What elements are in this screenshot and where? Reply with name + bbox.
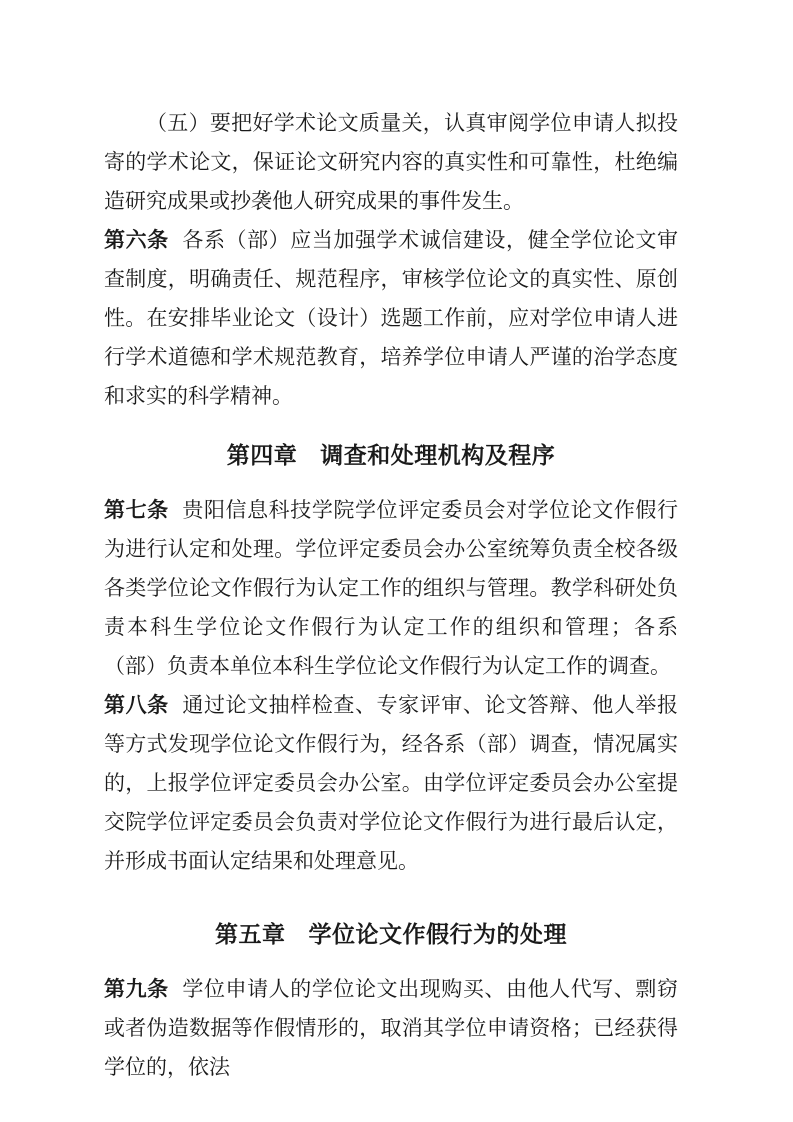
article-text: 学位申请人的学位论文出现购买、由他人代写、剽窃或者伪造数据等作假情形的，取消其学…: [104, 977, 678, 1079]
chapter-number: 第五章: [215, 922, 286, 947]
article-text: 贵阳信息科技学院学位评定委员会对学位论文作假行为进行认定和处理。学位评定委员会办…: [104, 498, 678, 678]
chapter-heading-5: 第五章学位论文作假行为的处理: [104, 915, 678, 954]
article-number-label: 第七条: [104, 498, 169, 522]
article-text: 各系（部）应当加强学术诚信建设，健全学位论文审查制度，明确责任、规范程序，审核学…: [104, 228, 678, 408]
chapter-heading-4: 第四章调查和处理机构及程序: [104, 436, 678, 475]
paragraph-article-7: 第七条贵阳信息科技学院学位评定委员会对学位论文作假行为进行认定和处理。学位评定委…: [104, 491, 678, 686]
paragraph-article-9: 第九条学位申请人的学位论文出现购买、由他人代写、剽窃或者伪造数据等作假情形的，取…: [104, 970, 678, 1087]
article-number-label: 第九条: [104, 977, 169, 1001]
chapter-title: 学位论文作假行为的处理: [309, 922, 568, 947]
document-page: （五）要把好学术论文质量关，认真审阅学位申请人拟投寄的学术论文，保证论文研究内容…: [0, 0, 793, 1122]
paragraph-text: （五）要把好学术论文质量关，认真审阅学位申请人拟投寄的学术论文，保证论文研究内容…: [104, 111, 678, 213]
article-text: 通过论文抽样检查、专家评审、论文答辩、他人举报等方式发现学位论文作假行为，经各系…: [104, 693, 678, 873]
chapter-title: 调查和处理机构及程序: [320, 443, 555, 468]
article-number-label: 第八条: [104, 693, 169, 717]
paragraph-article-6: 第六条各系（部）应当加强学术诚信建设，健全学位论文审查制度，明确责任、规范程序，…: [104, 221, 678, 416]
chapter-number: 第四章: [227, 443, 298, 468]
paragraph-article-8: 第八条通过论文抽样检查、专家评审、论文答辩、他人举报等方式发现学位论文作假行为，…: [104, 686, 678, 881]
paragraph-item-5: （五）要把好学术论文质量关，认真审阅学位申请人拟投寄的学术论文，保证论文研究内容…: [104, 104, 678, 221]
article-number-label: 第六条: [104, 228, 169, 252]
